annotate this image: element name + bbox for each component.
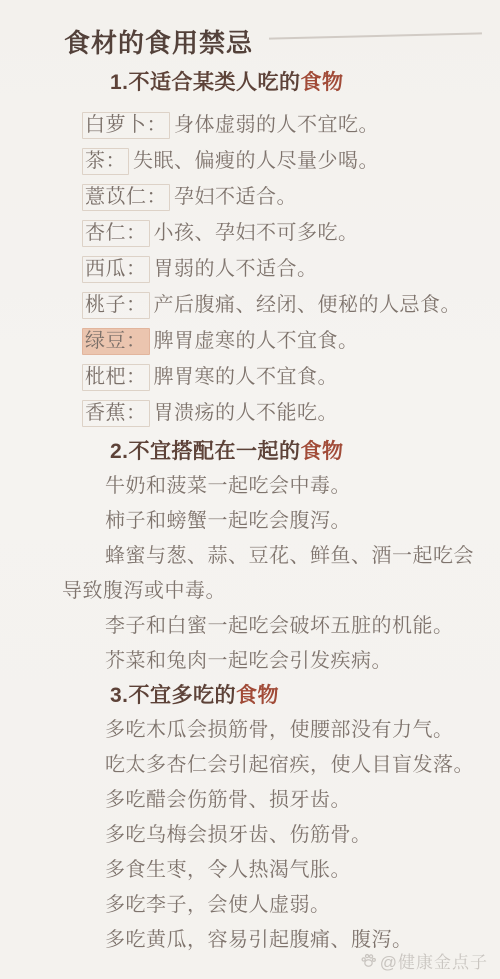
section-heading-1: 1.不适合某类人吃的食物 xyxy=(110,68,482,98)
document-page: 食材的食用禁忌 1.不适合某类人吃的食物 白萝卜：身体虚弱的人不宜吃。 茶：失眠… xyxy=(0,0,500,958)
watermark-text: @健康金点子 xyxy=(380,948,488,973)
watermark: @健康金点子 xyxy=(360,948,488,973)
paragraph: 芥菜和兔肉一起吃会引发疾病。 xyxy=(62,644,482,679)
food-term: 西瓜： xyxy=(82,256,150,283)
food-item: 西瓜：胃弱的人不适合。 xyxy=(82,251,482,287)
food-term: 杏仁： xyxy=(82,220,150,247)
food-desc: 身体虚弱的人不宜吃。 xyxy=(174,114,379,136)
paragraph: 多吃李子，会使人虚弱。 xyxy=(62,888,482,923)
heading-accent: 食物 xyxy=(236,684,279,707)
heading-text: 2.不宜搭配在一起的 xyxy=(110,440,301,463)
food-item: 杏仁：小孩、孕妇不可多吃。 xyxy=(82,215,482,251)
food-term-highlighted: 绿豆： xyxy=(82,328,150,355)
food-desc: 胃溃疡的人不能吃。 xyxy=(154,402,339,424)
paragraph-list: 牛奶和菠菜一起吃会中毒。 柿子和螃蟹一起吃会腹泻。 蜂蜜与葱、蒜、豆花、鲜鱼、酒… xyxy=(62,469,482,679)
food-item: 桃子：产后腹痛、经闭、便秘的人忌食。 xyxy=(82,287,482,323)
section-heading-2: 2.不宜搭配在一起的食物 xyxy=(110,437,482,467)
title-divider-line xyxy=(269,32,482,39)
food-term: 茶： xyxy=(82,148,129,175)
paragraph: 多吃木瓜会损筋骨，使腰部没有力气。 xyxy=(62,713,482,748)
paw-icon xyxy=(360,952,377,969)
food-desc: 失眠、偏瘦的人尽量少喝。 xyxy=(133,150,379,172)
paragraph: 吃太多杏仁会引起宿疾，使人目盲发落。 xyxy=(62,748,482,783)
food-item: 绿豆：脾胃虚寒的人不宜食。 xyxy=(82,323,482,359)
paragraph: 蜂蜜与葱、蒜、豆花、鲜鱼、酒一起吃会导致腹泻或中毒。 xyxy=(62,539,482,609)
paragraph: 牛奶和菠菜一起吃会中毒。 xyxy=(62,469,482,504)
paragraph-list: 多吃木瓜会损筋骨，使腰部没有力气。 吃太多杏仁会引起宿疾，使人目盲发落。 多吃醋… xyxy=(62,713,482,958)
heading-text: 3.不宜多吃的 xyxy=(110,684,236,707)
title-row: 食材的食用禁忌 xyxy=(64,22,482,60)
heading-accent: 食物 xyxy=(301,71,344,94)
food-item: 薏苡仁：孕妇不适合。 xyxy=(82,179,482,215)
page-title: 食材的食用禁忌 xyxy=(64,23,253,60)
food-item-list: 白萝卜：身体虚弱的人不宜吃。 茶：失眠、偏瘦的人尽量少喝。 薏苡仁：孕妇不适合。… xyxy=(82,107,482,431)
food-desc: 孕妇不适合。 xyxy=(174,186,297,208)
food-desc: 产后腹痛、经闭、便秘的人忌食。 xyxy=(154,294,462,316)
food-term: 薏苡仁： xyxy=(82,184,170,211)
food-desc: 脾胃寒的人不宜食。 xyxy=(154,366,339,388)
food-item: 枇杷：脾胃寒的人不宜食。 xyxy=(82,359,482,395)
food-term: 香蕉： xyxy=(82,400,150,427)
paragraph: 多吃醋会伤筋骨、损牙齿。 xyxy=(62,783,482,818)
food-term: 白萝卜： xyxy=(82,112,170,139)
food-desc: 小孩、孕妇不可多吃。 xyxy=(154,222,359,244)
food-desc: 胃弱的人不适合。 xyxy=(154,258,318,280)
food-term: 枇杷： xyxy=(82,364,150,391)
paragraph: 多吃乌梅会损牙齿、伤筋骨。 xyxy=(62,818,482,853)
heading-text: 1.不适合某类人吃的 xyxy=(110,71,301,94)
food-item: 白萝卜：身体虚弱的人不宜吃。 xyxy=(82,107,482,143)
paragraph: 多食生枣，令人热渴气胀。 xyxy=(62,853,482,888)
food-item: 香蕉：胃溃疡的人不能吃。 xyxy=(82,395,482,431)
section-heading-3: 3.不宜多吃的食物 xyxy=(110,681,482,711)
paragraph: 李子和白蜜一起吃会破坏五脏的机能。 xyxy=(62,609,482,644)
food-term: 桃子： xyxy=(82,292,150,319)
paragraph: 柿子和螃蟹一起吃会腹泻。 xyxy=(62,504,482,539)
heading-accent: 食物 xyxy=(301,440,344,463)
food-item: 茶：失眠、偏瘦的人尽量少喝。 xyxy=(82,143,482,179)
food-desc: 脾胃虚寒的人不宜食。 xyxy=(154,330,359,352)
